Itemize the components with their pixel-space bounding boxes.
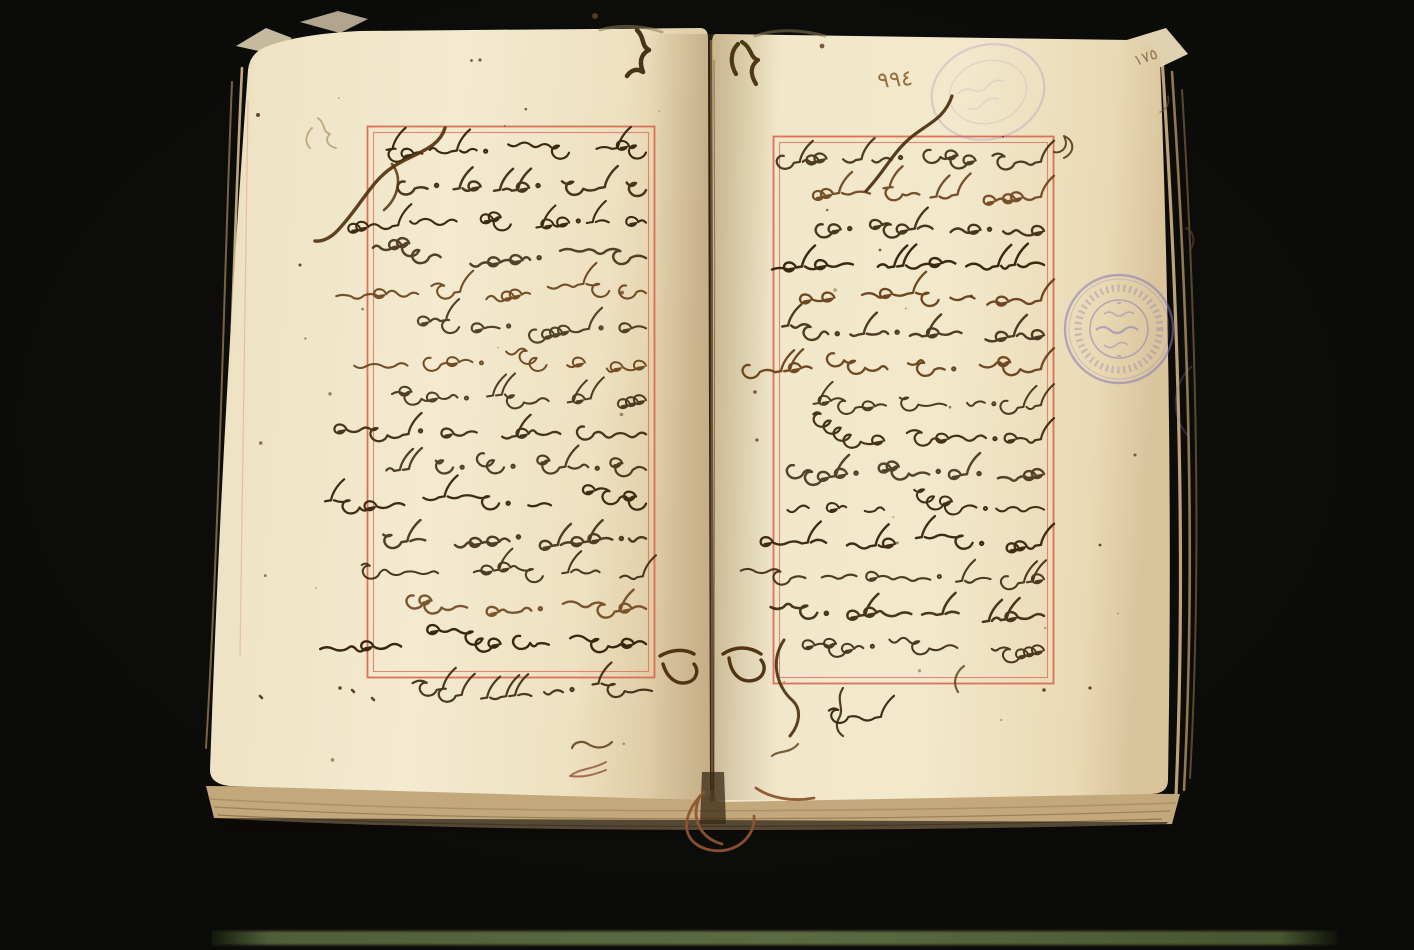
manuscript-photo-canvas: ٩٩٤ ١٧٥	[0, 0, 1414, 950]
ink-speck	[264, 574, 267, 577]
ink-speck	[497, 347, 499, 349]
ink-speck	[493, 611, 495, 613]
ink-speck	[328, 392, 331, 395]
ink-speck	[826, 209, 829, 212]
ink-speck	[1117, 612, 1119, 614]
ink-speck	[504, 125, 506, 127]
ink-speck	[1000, 719, 1002, 721]
ink-speck	[620, 291, 624, 295]
photograph-of-open-manuscript: ٩٩٤ ١٧٥	[0, 0, 1414, 950]
ink-speck	[833, 288, 837, 292]
ink-speck	[918, 669, 921, 672]
ink-speck	[755, 438, 758, 441]
ink-speck	[1088, 686, 1091, 689]
ink-speck	[896, 541, 899, 544]
ink-speck	[905, 307, 907, 309]
ink-speck	[623, 743, 625, 745]
ink-speck	[620, 413, 624, 417]
ink-speck	[470, 59, 473, 62]
ink-speck	[338, 686, 342, 690]
ink-speck	[820, 44, 825, 49]
table-edge-strip	[212, 931, 1337, 945]
ink-speck	[592, 13, 598, 19]
ink-speck	[299, 264, 302, 267]
ink-speck	[753, 390, 757, 394]
ink-speck	[256, 113, 260, 117]
ink-speck	[949, 406, 952, 409]
ink-speck	[524, 108, 527, 111]
ink-speck	[1044, 627, 1046, 629]
ink-speck	[338, 97, 340, 99]
ink-speck	[892, 516, 894, 518]
ink-speck	[331, 758, 335, 762]
ink-speck	[1042, 688, 1046, 692]
ink-speck	[879, 249, 882, 252]
ink-speck	[259, 441, 263, 445]
ink-speck	[478, 58, 481, 61]
ink-speck	[1002, 136, 1004, 138]
ink-speck	[304, 338, 306, 340]
book-gutter	[648, 34, 778, 824]
ink-speck	[970, 295, 973, 298]
ink-speck	[1099, 544, 1102, 547]
ink-speck	[659, 111, 660, 112]
ink-speck	[315, 587, 317, 589]
ink-speck	[783, 681, 785, 683]
ink-speck	[361, 308, 364, 311]
ink-speck	[1134, 454, 1137, 457]
folio-number: ٩٩٤	[876, 66, 913, 94]
